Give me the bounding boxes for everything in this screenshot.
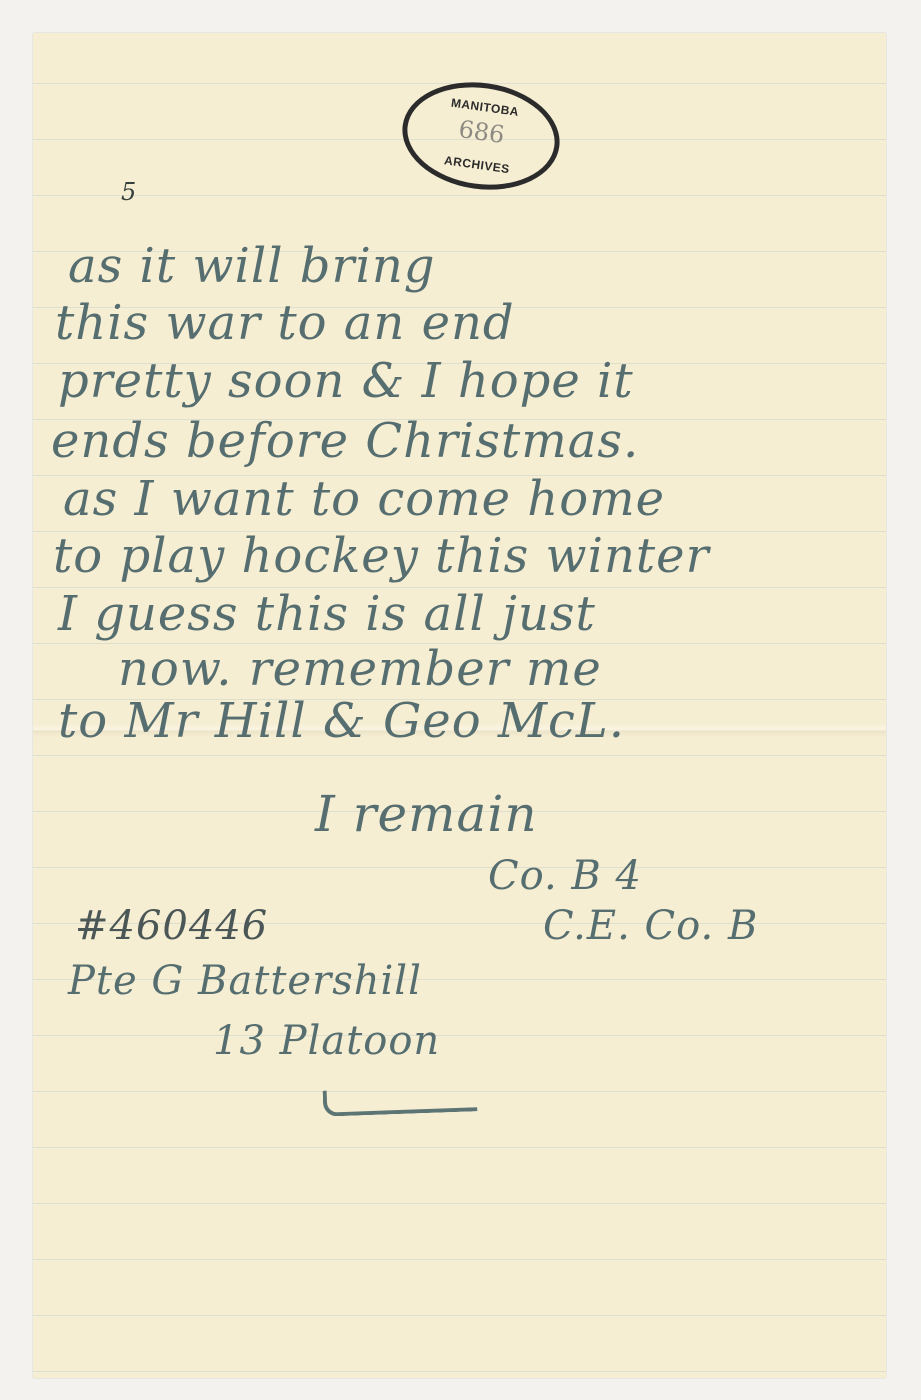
body-line-9: to Mr Hill & Geo McL. (58, 693, 625, 749)
closing-line: I remain (315, 785, 538, 843)
body-line-3: pretty soon & I hope it (58, 353, 634, 409)
body-line-2: this war to an end (55, 295, 515, 351)
body-line-8: now. remember me (118, 641, 602, 697)
body-line-5: as I want to come home (63, 471, 665, 527)
letter-page: MANITOBA 686 ARCHIVES 5 as it will bring… (33, 33, 886, 1378)
soldier-name: Pte G Battershill (68, 958, 422, 1004)
unit-line-1: Co. B 4 (488, 853, 642, 899)
manitoba-archives-stamp: MANITOBA 686 ARCHIVES (395, 73, 566, 200)
body-line-6: to play hockey this winter (53, 528, 710, 584)
body-line-4: ends before Christmas. (51, 413, 639, 469)
service-number: #460446 (75, 903, 268, 949)
body-line-1: as it will bring (68, 238, 435, 294)
closing-flourish-mark (323, 1085, 478, 1116)
unit-line-2: C.E. Co. B (543, 903, 758, 949)
page-number: 5 (121, 178, 136, 206)
scanned-document: MANITOBA 686 ARCHIVES 5 as it will bring… (0, 0, 921, 1400)
body-line-7: I guess this is all just (58, 586, 596, 642)
platoon-line: 13 Platoon (213, 1018, 440, 1064)
